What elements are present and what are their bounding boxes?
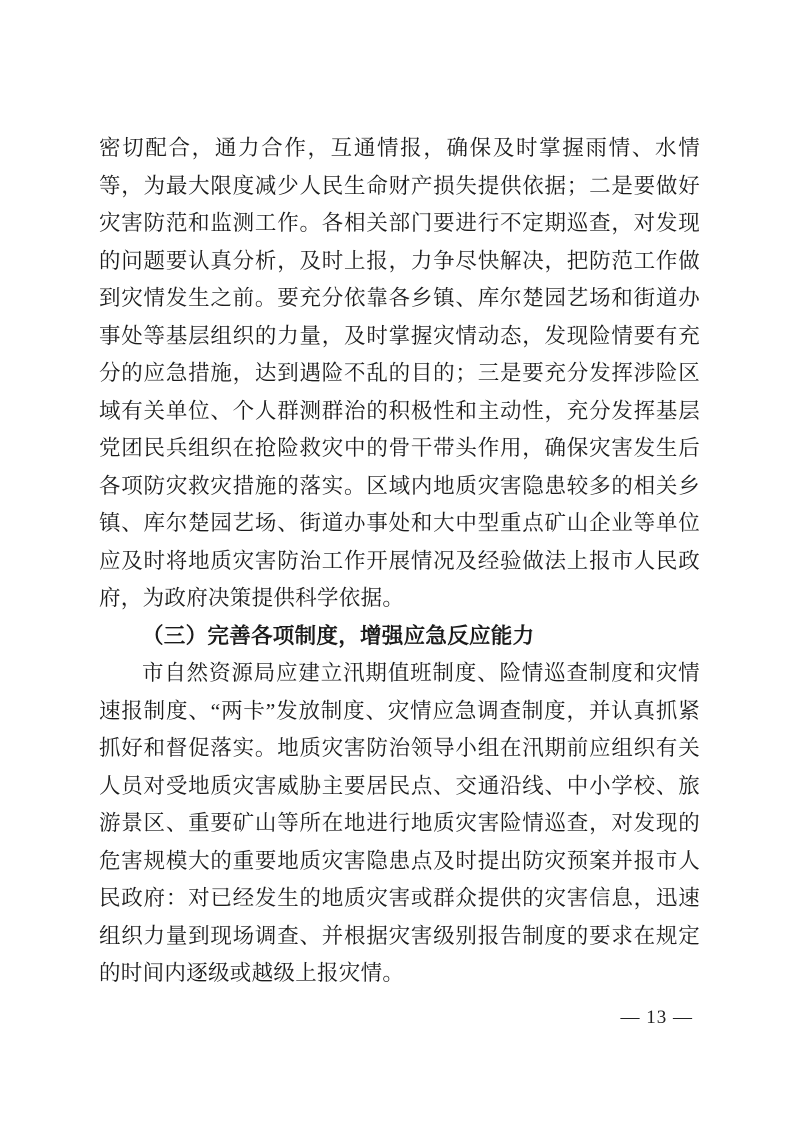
- section-heading: （三）完善各项制度，增强应急反应能力: [99, 618, 700, 656]
- paragraph-continuation: 密切配合，通力合作，互通情报，确保及时掌握雨情、水情等，为最大限度减少人民生命财…: [99, 130, 700, 618]
- page-number: — 13 —: [621, 1007, 694, 1028]
- page-footer: — 13 —: [621, 1003, 694, 1033]
- document-page: 密切配合，通力合作，互通情报，确保及时掌握雨情、水情等，为最大限度减少人民生命财…: [0, 0, 793, 1122]
- document-body: 密切配合，通力合作，互通情报，确保及时掌握雨情、水情等，为最大限度减少人民生命财…: [99, 130, 700, 993]
- paragraph: 市自然资源局应建立汛期值班制度、险情巡查制度和灾情速报制度、“两卡”发放制度、灾…: [99, 655, 700, 993]
